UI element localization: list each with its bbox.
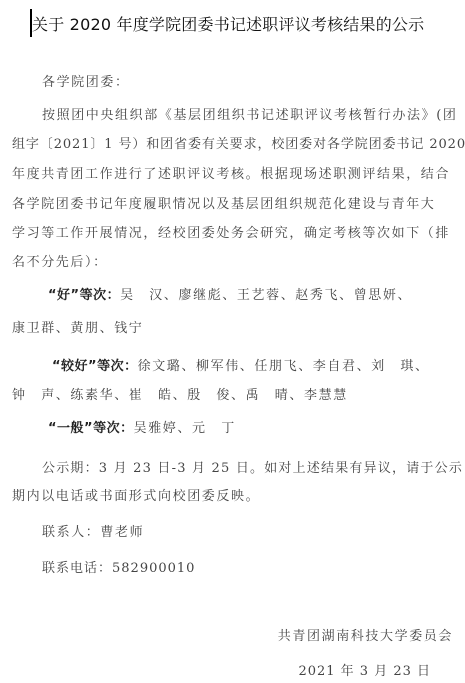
- names: 吴 汉、廖继彪、王艺蓉、赵秀飞、曾思妍、: [120, 288, 412, 303]
- document-title: 关于 2020 年度学院团委书记述职评议考核结果的公示: [32, 12, 424, 35]
- body-line: 组字〔2021〕1 号）和团省委有关要求，校团委对各学院团委书记 2020: [12, 133, 465, 152]
- result-fairly-good: “较好”等次：徐文璐、柳军伟、任朋飞、李自君、刘 琪、: [52, 355, 430, 374]
- grade-label: “一般”等次：: [48, 421, 134, 436]
- signature-org: 共青团湖南科技大学委员会: [278, 625, 453, 644]
- grade-label: “好”等次：: [48, 288, 120, 303]
- contact-person: 联系人：曹老师: [42, 521, 144, 540]
- body-line: 按照团中央组织部《基层团组织书记述职评议考核暂行办法》(团: [42, 104, 457, 123]
- signature-date: 2021 年 3 月 23 日: [298, 660, 431, 679]
- result-fairly-good-cont: 钟 声、练素华、崔 皓、殷 俊、禹 晴、李慧慧: [12, 384, 348, 403]
- notice-line: 期内以电话或书面形式向校团委反映。: [12, 485, 260, 504]
- body-line: 名不分先后）：: [12, 251, 108, 270]
- body-line: 各学院团委书记年度履职情况以及基层团组织规范化建设与青年大: [12, 193, 435, 212]
- result-average: “一般”等次：吴雅婷、元 丁: [48, 417, 236, 436]
- notice-line: 公示期：3 月 23 日-3 月 25 日。如对上述结果有异议，请于公示: [42, 457, 463, 476]
- body-line: 年度共青团工作进行了述职评议考核。根据现场述职测评结果，结合: [12, 163, 450, 182]
- body-line: 学习等工作开展情况，经校团委处务会研究，确定考核等次如下（排: [12, 222, 450, 241]
- salutation: 各学院团委：: [42, 71, 130, 90]
- result-good-cont: 康卫群、黄朋、钱宁: [12, 317, 143, 336]
- result-good: “好”等次：吴 汉、廖继彪、王艺蓉、赵秀飞、曾思妍、: [48, 284, 412, 303]
- grade-label: “较好”等次：: [52, 359, 138, 374]
- contact-phone: 联系电话：582900010: [42, 557, 195, 576]
- names: 吴雅婷、元 丁: [134, 421, 236, 436]
- names: 徐文璐、柳军伟、任朋飞、李自君、刘 琪、: [138, 359, 430, 374]
